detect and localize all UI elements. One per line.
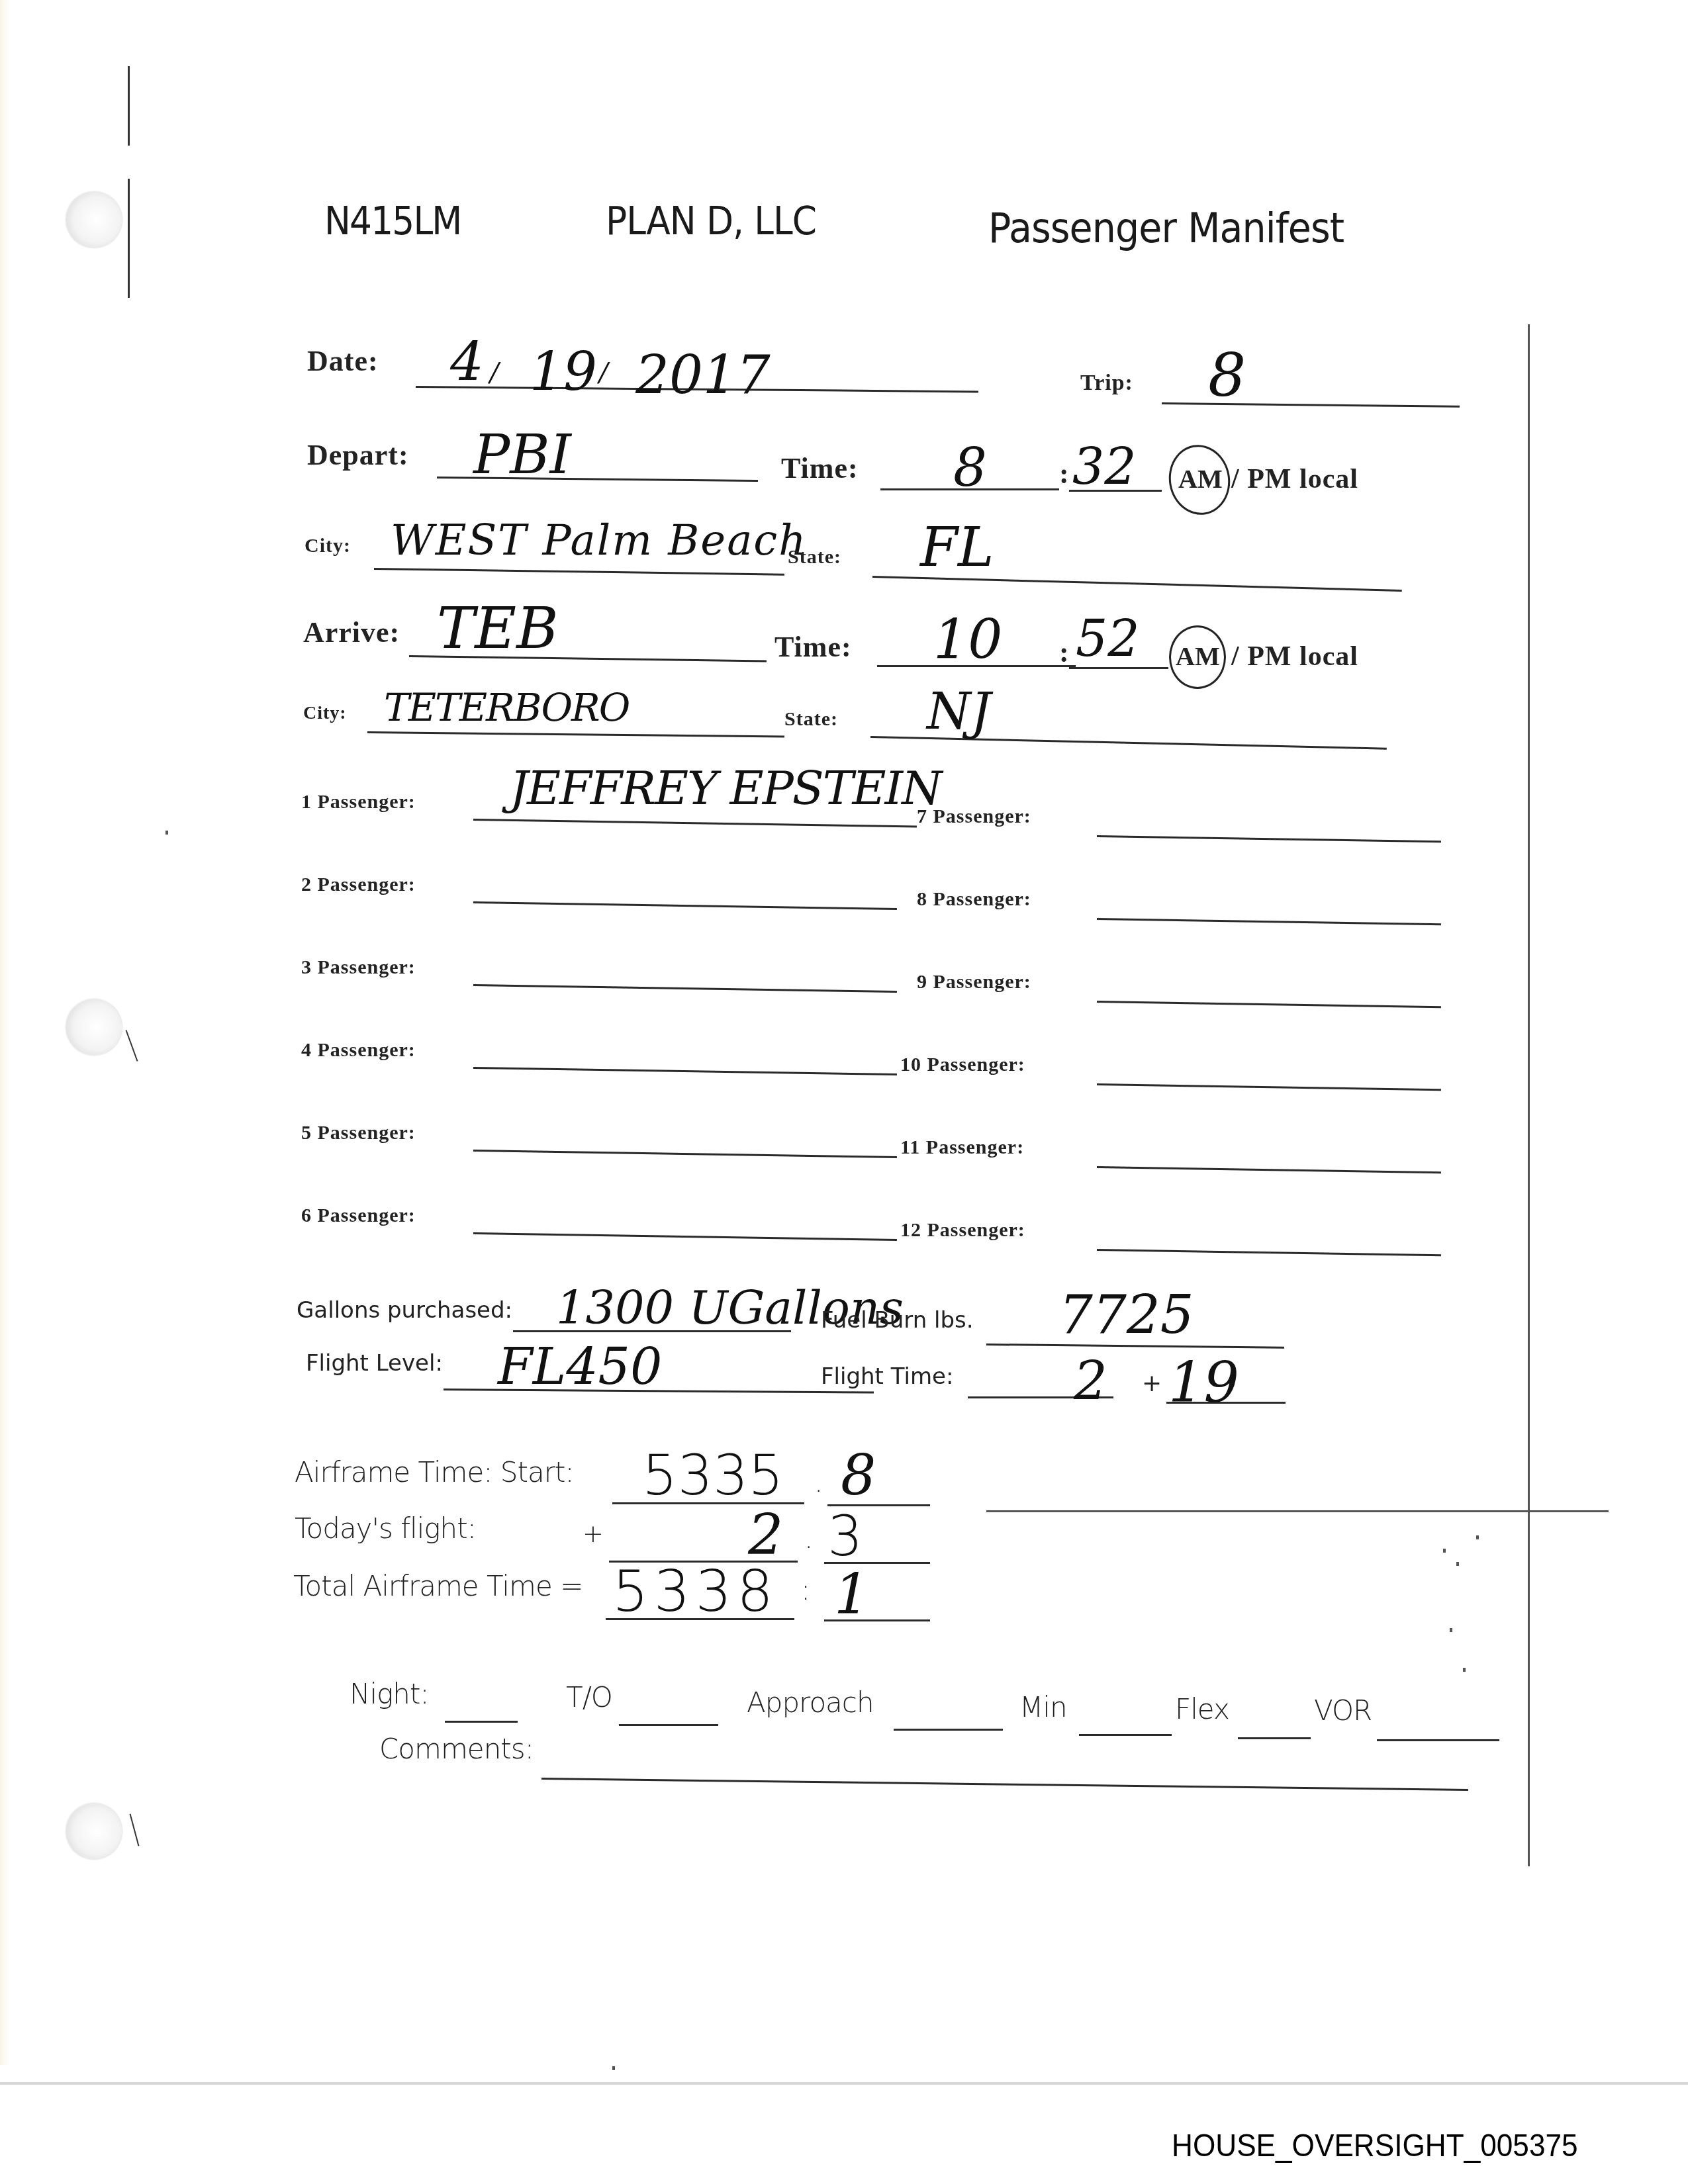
fuel-burn-value[interactable]: 7725 xyxy=(1059,1284,1194,1345)
passenger-field-line[interactable] xyxy=(473,984,897,993)
date-separator: / xyxy=(599,357,608,388)
approach-field-line[interactable] xyxy=(894,1729,1003,1731)
todays-flight-operator: + xyxy=(583,1519,603,1548)
arrive-city-value[interactable]: TETERBORO xyxy=(384,685,629,730)
depart-city-value[interactable]: WEST Palm Beach xyxy=(391,516,807,565)
arrive-state-label: State: xyxy=(784,708,838,731)
passenger-label: 3 Passenger: xyxy=(301,956,416,979)
trip-label: Trip: xyxy=(1080,371,1133,396)
punch-hole-bottom xyxy=(66,1803,122,1859)
airframe-start-whole-value[interactable]: 5335 xyxy=(642,1443,784,1508)
scanned-manifest-page: N415LM PLAN D, LLC Passenger Manifest Da… xyxy=(0,0,1688,2065)
arrive-city-label: City: xyxy=(303,703,347,724)
passenger-label: 9 Passenger: xyxy=(917,971,1031,993)
flight-level-label: Flight Level: xyxy=(306,1350,443,1377)
punch-hole-middle xyxy=(66,999,122,1055)
passenger-label: 7 Passenger: xyxy=(917,805,1031,828)
arrive-pm-local-option[interactable]: / PM local xyxy=(1231,641,1358,672)
fold-line xyxy=(986,1510,1609,1512)
todays-flight-tenths-value[interactable]: 3 xyxy=(827,1504,863,1569)
date-label: Date: xyxy=(307,344,379,378)
flex-label: Flex xyxy=(1175,1693,1229,1725)
punch-hole-top xyxy=(66,192,122,248)
depart-pm-local-option[interactable]: / PM local xyxy=(1231,463,1358,495)
total-airframe-label: Total Airframe Time = xyxy=(293,1570,583,1602)
binder-mark xyxy=(128,179,130,298)
passenger-field-line[interactable] xyxy=(473,1232,897,1241)
arrive-time-label: Time: xyxy=(774,630,852,664)
passenger-name-value[interactable]: JEFFREY EPSTEIN xyxy=(510,761,941,815)
passenger-label: 1 Passenger: xyxy=(301,791,416,813)
binder-mark xyxy=(126,1030,138,1062)
scan-artifact xyxy=(165,831,168,835)
passenger-field-line[interactable] xyxy=(1097,1083,1441,1091)
depart-minute-value[interactable]: 32 xyxy=(1072,437,1137,496)
airframe-start-tenths-value[interactable]: 8 xyxy=(841,1443,876,1508)
date-day-value[interactable]: 19 xyxy=(530,341,597,402)
passenger-label: 10 Passenger: xyxy=(900,1054,1025,1076)
approach-label: Approach xyxy=(747,1686,874,1719)
min-field-line[interactable] xyxy=(1079,1734,1172,1736)
scan-artifact xyxy=(612,2066,615,2070)
flight-time-label: Flight Time: xyxy=(821,1363,953,1390)
takeoff-label: T/O xyxy=(566,1681,612,1713)
comments-label: Comments: xyxy=(379,1733,534,1765)
passenger-field-line[interactable] xyxy=(473,1150,897,1158)
passenger-label: 2 Passenger: xyxy=(301,874,416,896)
passenger-label: 11 Passenger: xyxy=(900,1136,1024,1159)
depart-hour-value[interactable]: 8 xyxy=(953,437,987,498)
vor-field-line[interactable] xyxy=(1377,1739,1499,1741)
scan-edge xyxy=(0,0,9,2065)
vor-label: VOR xyxy=(1314,1694,1372,1727)
decimal-point: . xyxy=(804,1522,812,1555)
flight-time-minutes-value[interactable]: 19 xyxy=(1168,1350,1239,1415)
decimal-separator: : xyxy=(801,1574,810,1606)
binder-mark xyxy=(130,1814,140,1846)
airframe-start-label: Airframe Time: Start: xyxy=(295,1456,574,1488)
company-name: PLAN D, LLC xyxy=(606,199,816,244)
depart-state-label: State: xyxy=(788,546,841,569)
depart-city-label: City: xyxy=(305,535,351,557)
depart-time-label: Time: xyxy=(781,451,859,485)
todays-flight-whole-value[interactable]: 2 xyxy=(748,1502,783,1567)
night-field-line[interactable] xyxy=(445,1721,518,1723)
flight-level-value[interactable]: FL450 xyxy=(498,1337,662,1396)
depart-city-line xyxy=(374,568,784,576)
passenger-field-line[interactable] xyxy=(1097,918,1441,925)
passenger-label: 8 Passenger: xyxy=(917,888,1031,911)
passenger-field-line[interactable] xyxy=(1097,1166,1441,1173)
time-colon: : xyxy=(1059,457,1070,490)
depart-airport-value[interactable]: PBI xyxy=(473,424,571,486)
scan-artifact xyxy=(1456,1562,1459,1566)
arrive-label: Arrive: xyxy=(303,615,400,649)
scan-bottom-edge xyxy=(0,2082,1688,2085)
depart-am-option[interactable]: AM xyxy=(1178,463,1223,494)
depart-state-value[interactable]: FL xyxy=(920,516,994,579)
flex-field-line[interactable] xyxy=(1238,1737,1311,1739)
fuel-burn-label: Fuel Burn lbs. xyxy=(821,1307,974,1334)
date-separator: / xyxy=(490,357,498,388)
scan-artifact xyxy=(1476,1535,1479,1539)
arrive-airport-value[interactable]: TEB xyxy=(437,596,558,662)
night-label: Night: xyxy=(350,1678,429,1710)
trip-field-line xyxy=(1162,402,1460,408)
takeoff-field-line[interactable] xyxy=(619,1724,718,1726)
todays-flight-label: Today's flight: xyxy=(295,1512,476,1545)
arrive-hour-value[interactable]: 10 xyxy=(933,609,1002,672)
min-label: Min xyxy=(1019,1691,1067,1723)
total-airframe-tenths-value[interactable]: 1 xyxy=(834,1562,869,1627)
total-airframe-whole-value[interactable]: 5338 xyxy=(612,1559,778,1625)
gallons-purchased-label: Gallons purchased: xyxy=(297,1297,512,1324)
passenger-field-line[interactable] xyxy=(473,819,917,828)
scan-artifact xyxy=(1463,1668,1466,1672)
passenger-label: 6 Passenger: xyxy=(301,1205,416,1227)
date-month-value[interactable]: 4 xyxy=(450,331,484,392)
comments-field-line[interactable] xyxy=(541,1778,1468,1791)
arrive-city-line xyxy=(367,731,784,738)
binder-mark xyxy=(128,66,130,146)
document-title: Passenger Manifest xyxy=(988,204,1344,252)
flight-time-separator: + xyxy=(1142,1370,1162,1397)
passenger-label: 5 Passenger: xyxy=(301,1122,416,1144)
decimal-point: . xyxy=(814,1466,822,1498)
aircraft-registration: N415LM xyxy=(324,199,461,244)
arrive-am-option[interactable]: AM xyxy=(1176,641,1220,672)
depart-label: Depart: xyxy=(307,438,409,472)
passenger-field-line[interactable] xyxy=(1097,1001,1441,1008)
right-border-line xyxy=(1528,324,1530,1866)
arrive-state-value[interactable]: NJ xyxy=(927,682,991,741)
arrive-minute-value[interactable]: 52 xyxy=(1076,609,1140,668)
passenger-field-line[interactable] xyxy=(1097,835,1441,842)
passenger-field-line[interactable] xyxy=(1097,1249,1441,1256)
passenger-field-line[interactable] xyxy=(473,1067,897,1075)
passenger-label: 4 Passenger: xyxy=(301,1039,416,1062)
scan-artifact xyxy=(1443,1549,1446,1553)
passenger-field-line[interactable] xyxy=(473,901,897,910)
passenger-label: 12 Passenger: xyxy=(900,1219,1025,1242)
bates-number: HOUSE_OVERSIGHT_005375 xyxy=(1172,2128,1578,2164)
trip-value[interactable]: 8 xyxy=(1208,341,1246,410)
scan-artifact xyxy=(1450,1628,1452,1632)
flight-time-hours-value[interactable]: 2 xyxy=(1074,1350,1107,1412)
time-colon: : xyxy=(1059,635,1070,669)
date-year-value[interactable]: 2017 xyxy=(635,344,771,406)
